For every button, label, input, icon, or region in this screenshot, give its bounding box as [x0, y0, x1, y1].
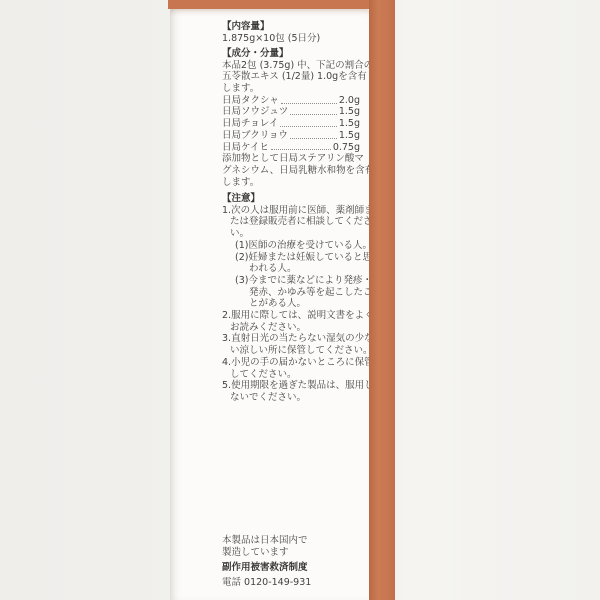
dotted-leader [280, 126, 337, 127]
caution-line: 1.次の人は服用前に医師、薬剤師ま [222, 205, 360, 217]
caution-line: たは登録販売者に相談してくださ [230, 216, 360, 228]
dotted-leader [290, 114, 337, 115]
composition-section: 【成分・分量】 本品2包 (3.75g) 中、下記の割合の 五苓散エキス (1/… [222, 48, 360, 188]
ingredient-row: 日局ソウジュツ 1.5g [222, 107, 360, 119]
contents-header: 【内容量】 [222, 21, 360, 33]
caution-line: 5.使用期限を過ぎた製品は、服用し [222, 380, 360, 392]
contents-section: 【内容量】 1.875g×10包 (5日分) [222, 21, 360, 44]
composition-header: 【成分・分量】 [222, 48, 360, 60]
ingredient-name: 日局ソウジュツ [222, 106, 288, 118]
caution-line: われる人。 [249, 263, 360, 275]
ingredient-amount: 1.5g [339, 118, 360, 130]
ingredient-row: 日局ケイヒ 0.75g [222, 142, 360, 154]
ingredient-row: 日局チョレイ 1.5g [222, 118, 360, 130]
composition-intro-line: 本品2包 (3.75g) 中、下記の割合の [222, 60, 360, 72]
caution-line: 2.服用に際しては、説明文書をよく [222, 310, 360, 322]
caution-section: 【注意】 1.次の人は服用前に医師、薬剤師ま たは登録販売者に相談してくださ い… [222, 193, 360, 404]
ingredient-row: 日局ブクリョウ 1.5g [222, 130, 360, 142]
caution-line: (1)医師の治療を受けている人。 [235, 240, 360, 252]
caution-line: とがある人。 [249, 298, 360, 310]
caution-line: い。 [230, 228, 360, 240]
relief-system-title: 副作用被害救済制度 [222, 562, 360, 574]
footer-section: 本製品は日本国内で 製造しています 副作用被害救済制度 電話 0120-149-… [222, 535, 360, 589]
caution-line: してください。 [230, 369, 360, 381]
contents-value: 1.875g×10包 (5日分) [222, 33, 360, 45]
ingredient-amount: 1.5g [339, 106, 360, 118]
package-photo: 【内容量】 1.875g×10包 (5日分) 【成分・分量】 本品2包 (3.7… [0, 0, 600, 600]
caution-line: ないでください。 [230, 392, 360, 404]
ingredient-name: 日局ケイヒ [222, 142, 269, 154]
caution-line: (2)妊婦または妊娠していると思 [235, 252, 360, 264]
caution-line: お読みください。 [230, 322, 360, 334]
relief-system-phone: 電話 0120-149-931 [222, 577, 360, 589]
caution-line: 4.小児の手の届かないところに保管 [222, 357, 360, 369]
caution-line: 3.直射日光の当たらない湿気の少な [222, 333, 360, 345]
caution-header: 【注意】 [222, 193, 360, 205]
dotted-leader [271, 149, 331, 150]
additive-line: 添加物として日局ステアリン酸マ [222, 153, 360, 165]
box-orange-stripe [369, 0, 395, 600]
ingredient-name: 日局チョレイ [222, 118, 278, 130]
caution-line: (3)今までに薬などにより発疹・ [235, 275, 360, 287]
ingredient-row: 日局タクシャ 2.0g [222, 95, 360, 107]
caution-line: い涼しい所に保管してください。 [230, 345, 360, 357]
additive-line: グネシウム、日局乳糖水和物を含有 [222, 165, 360, 177]
made-in-japan-line: 製造しています [222, 547, 360, 559]
box-side-panel: 【内容量】 1.875g×10包 (5日分) 【成分・分量】 本品2包 (3.7… [170, 9, 369, 600]
dotted-leader [290, 138, 337, 139]
dotted-leader [281, 103, 337, 104]
composition-intro-line: 五苓散エキス (1/2量) 1.0gを含有 [222, 71, 360, 83]
caution-line: 発赤、かゆみ等を起こしたこ [249, 287, 360, 299]
ingredient-name: 日局タクシャ [222, 95, 279, 107]
composition-intro-line: します。 [222, 83, 360, 95]
ingredient-amount: 1.5g [339, 130, 360, 142]
made-in-japan-line: 本製品は日本国内で [222, 535, 360, 547]
box-top-edge [168, 0, 395, 9]
additive-line: します。 [222, 177, 360, 189]
ingredient-name: 日局ブクリョウ [222, 130, 288, 142]
ingredient-amount: 0.75g [333, 142, 360, 154]
ingredient-amount: 2.0g [339, 95, 360, 107]
